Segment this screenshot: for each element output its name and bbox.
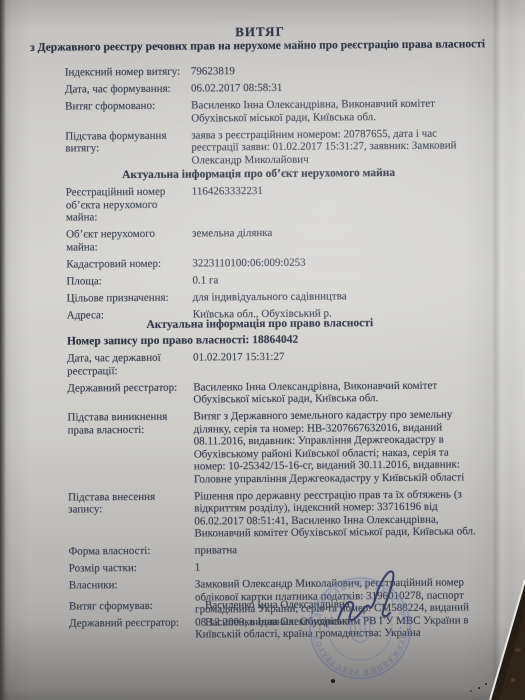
field-value: заява з реєстраційним номером: 20787655,… — [191, 127, 473, 167]
field-value: для індивідуального садівництва — [193, 289, 475, 304]
field-value: Витяг з Державного земельного кадастру п… — [193, 408, 476, 485]
extract-document: ВИТЯГ з Державного реєстру речових прав … — [0, 0, 525, 700]
section-heading-ownership: Актуальна інформація про право власності — [40, 316, 480, 331]
paper-speck — [478, 687, 480, 689]
field-label: Реєстраційний номер об’єкта нерухомого м… — [66, 186, 192, 224]
field-value: земельна ділянка — [192, 225, 474, 252]
field-row: Об’єкт нерухомого майна: земельна ділянк… — [66, 225, 474, 253]
field-label: Об’єкт нерухомого майна: — [66, 228, 192, 254]
registrar-signature — [327, 565, 418, 633]
field-value: Рішення про державну реєстрацію прав та … — [194, 488, 476, 540]
field-row: Розмір частки: 1 — [69, 559, 477, 575]
field-label: Витяг сформував: — [69, 599, 205, 613]
field-row: Індексний номер витягу: 79623819 — [65, 63, 473, 79]
ownership-record-number: Номер запису про право власності: 188640… — [67, 332, 487, 347]
field-value: 79623819 — [191, 63, 473, 78]
field-label: Індексний номер витягу: — [65, 66, 191, 79]
field-label: Державний реєстратор: — [69, 616, 205, 630]
svg-text:ДЕРЖАВНИЙ РЕЄСТРАТОР: ДЕРЖАВНИЙ РЕЄСТРАТОР — [312, 633, 408, 677]
field-row: Підстава внесення запису: Рішення про де… — [68, 488, 476, 541]
field-row: Кадастровий номер: 3223110100:06:009:025… — [66, 255, 474, 271]
field-label: Форма власності: — [69, 545, 195, 558]
field-row: Державний реєстратор: Василенко Інна Оле… — [67, 379, 475, 407]
object-fields: Реєстраційний номер об’єкта нерухомого м… — [66, 183, 475, 326]
field-label: Кадастровий номер: — [66, 257, 192, 270]
field-label: Дата, час державної реєстрації: — [67, 352, 193, 378]
section-heading-object: Актуальна інформація про об’єкт нерухомо… — [39, 166, 479, 181]
field-label: Підстава формування витягу: — [65, 129, 191, 167]
field-row: Підстава формування витягу: заява з реєс… — [65, 127, 473, 168]
header-fields: Індексний номер витягу: 79623819 Дата, ч… — [65, 63, 474, 172]
document-photo: ВИТЯГ з Державного реєстру речових прав … — [0, 0, 525, 700]
field-label: Підстава виникнення права власності: — [67, 411, 194, 487]
document-subtitle: з Державного реєстру речових прав на нер… — [8, 38, 508, 54]
field-label: Дата, час формування: — [65, 83, 191, 96]
field-value: Василенко Інна Олександрівна, Виконавчий… — [193, 379, 475, 406]
field-row: Реєстраційний номер об’єкта нерухомого м… — [66, 183, 474, 224]
stamp-arc-bottom-text: ДЕРЖАВНИЙ РЕЄСТРАТОР — [312, 633, 408, 677]
field-label: Державний реєстратор: — [67, 381, 193, 407]
field-value: 1164263332231 — [192, 183, 474, 223]
field-row: Цільове призначення: для індивідуального… — [67, 289, 475, 305]
field-row: Дата, час державної реєстрації: 01.02.20… — [67, 349, 475, 377]
field-value: Василенко Інна Олександрівна, Виконавчий… — [191, 97, 473, 124]
field-row: Дата, час формування: 06.02.2017 08:58:3… — [65, 80, 473, 96]
field-label: Розмір частки: — [69, 562, 195, 575]
field-row: Площа: 0.1 га — [66, 272, 474, 288]
field-value: 06.02.2017 08:58:31 — [191, 80, 473, 95]
field-value: приватна — [195, 542, 477, 557]
field-row: Форма власності: приватна — [69, 542, 477, 558]
field-label: Витяг сформовано: — [65, 100, 191, 126]
field-label: Підстава внесення запису: — [68, 490, 194, 541]
paper-speck — [331, 679, 335, 683]
field-row: Підстава виникнення права власності: Вит… — [67, 408, 476, 486]
paper-speck — [485, 683, 487, 685]
field-value: 01.02.2017 15:31:27 — [193, 349, 475, 376]
field-value: 0.1 га — [192, 272, 474, 287]
field-row: Витяг сформовано: Василенко Інна Олексан… — [65, 97, 473, 125]
field-value: 3223110100:06:009:0253 — [192, 255, 474, 270]
field-label: Цільове призначення: — [67, 291, 193, 304]
paper-speck — [470, 690, 472, 692]
field-label: Площа: — [66, 274, 192, 287]
